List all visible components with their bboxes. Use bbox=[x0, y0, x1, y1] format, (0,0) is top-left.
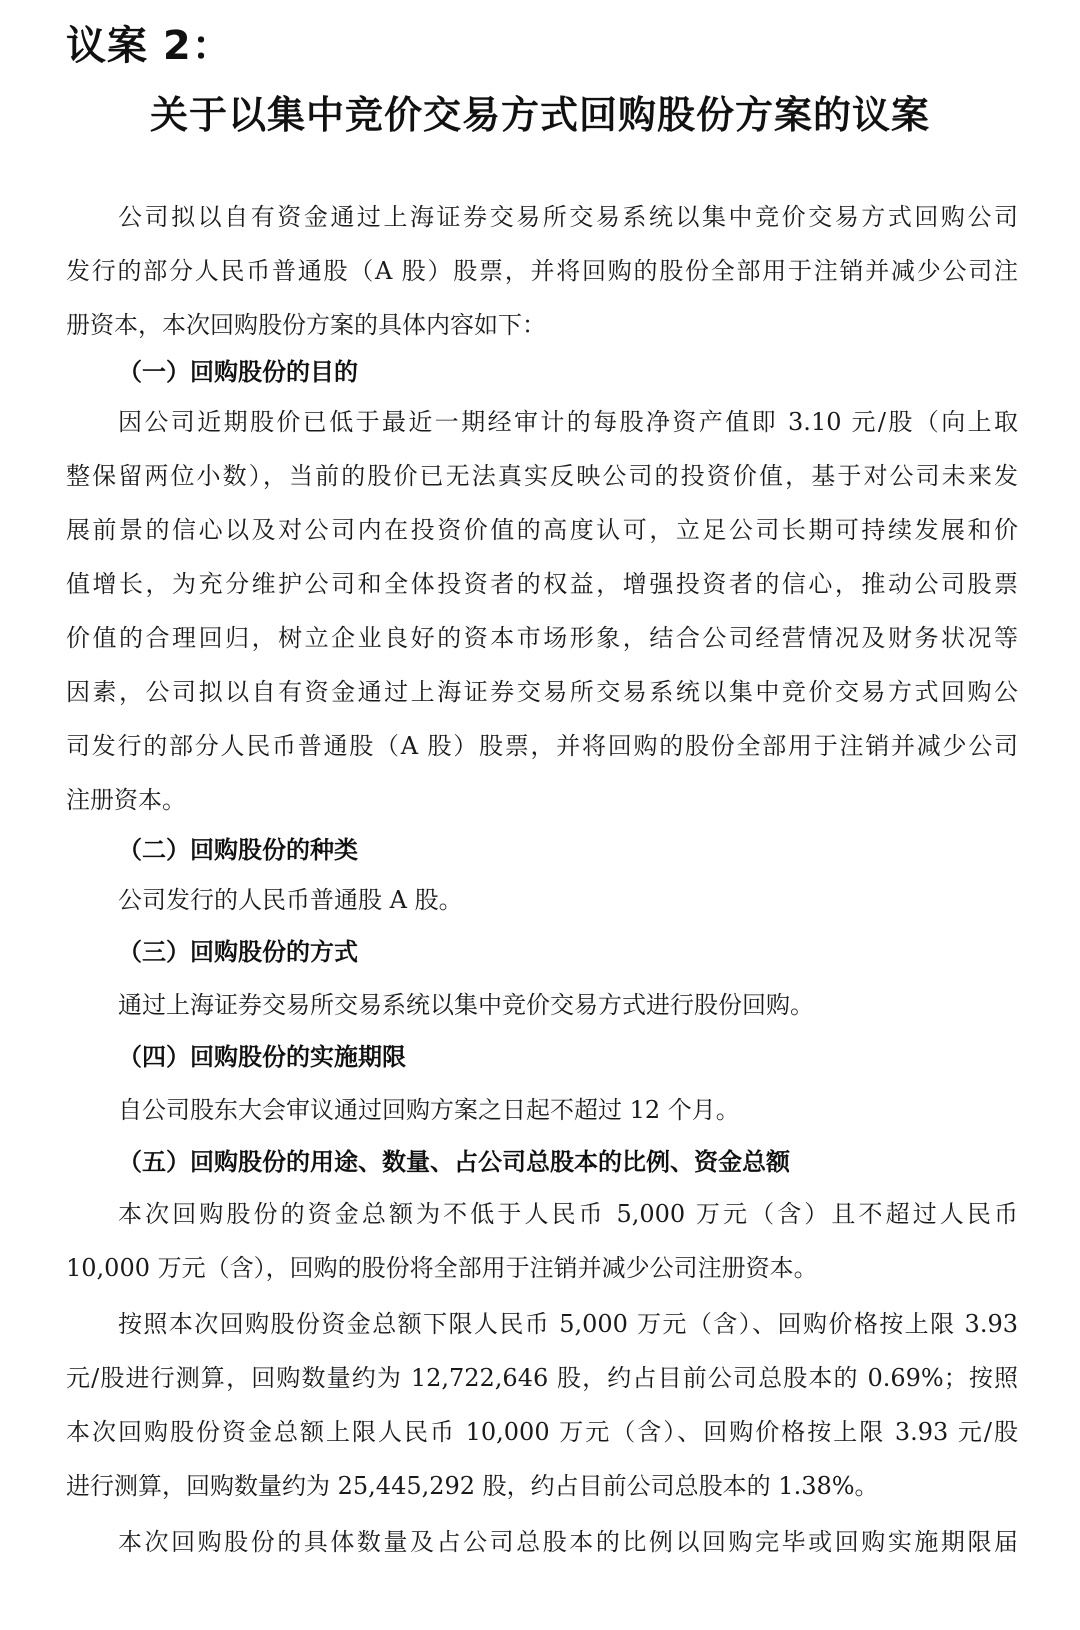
usage-p3-line-1: 本次回购股份的具体数量及占公司总股本的比例以回购完毕或回购实施期限届 bbox=[118, 1522, 1018, 1562]
type-line-1: 公司发行的人民币普通股 A 股。 bbox=[118, 880, 463, 920]
document-page: 议案 2： 关于以集中竞价交易方式回购股份方案的议案 公司拟以自有资金通过上海证… bbox=[0, 0, 1080, 1630]
usage-p1-line-1: 本次回购股份的资金总额为不低于人民币 5,000 万元（含）且不超过人民币 bbox=[118, 1194, 1018, 1234]
period-line-1: 自公司股东大会审议通过回购方案之日起不超过 12 个月。 bbox=[118, 1090, 740, 1130]
method-line-1: 通过上海证券交易所交易系统以集中竞价交易方式进行股份回购。 bbox=[118, 985, 814, 1025]
intro-line-2: 发行的部分人民币普通股（A 股）股票，并将回购的股份全部用于注销并减少公司注 bbox=[66, 251, 1018, 291]
motion-number-label: 议案 2： bbox=[66, 14, 233, 71]
section-heading-usage-quantity: （五）回购股份的用途、数量、占公司总股本的比例、资金总额 bbox=[118, 1142, 790, 1182]
intro-line-1: 公司拟以自有资金通过上海证券交易所交易系统以集中竞价交易方式回购公司 bbox=[118, 197, 1018, 237]
document-title: 关于以集中竞价交易方式回购股份方案的议案 bbox=[0, 84, 1080, 139]
usage-p2-line-2: 元/股进行测算，回购数量约为 12,722,646 股，约占目前公司总股本的 0… bbox=[66, 1358, 1018, 1398]
usage-p2-line-3: 本次回购股份资金总额上限人民币 10,000 万元（含）、回购价格按上限 3.9… bbox=[66, 1412, 1018, 1452]
usage-p1-line-2: 10,000 万元（含），回购的股份将全部用于注销并减少公司注册资本。 bbox=[66, 1248, 818, 1288]
purpose-line-3: 展前景的信心以及对公司内在投资价值的高度认可，立足公司长期可持续发展和价 bbox=[66, 510, 1018, 550]
purpose-line-5: 价值的合理回归，树立企业良好的资本市场形象，结合公司经营情况及财务状况等 bbox=[66, 618, 1018, 658]
purpose-line-1: 因公司近期股价已低于最近一期经审计的每股净资产值即 3.10 元/股（向上取 bbox=[118, 402, 1018, 442]
purpose-line-2: 整保留两位小数），当前的股价已无法真实反映公司的投资价值，基于对公司未来发 bbox=[66, 456, 1018, 496]
purpose-line-8: 注册资本。 bbox=[66, 780, 186, 820]
usage-p2-line-4: 进行测算，回购数量约为 25,445,292 股，约占目前公司总股本的 1.38… bbox=[66, 1466, 879, 1506]
intro-line-3: 册资本，本次回购股份方案的具体内容如下： bbox=[66, 305, 546, 345]
usage-p2-line-1: 按照本次回购股份资金总额下限人民币 5,000 万元（含）、回购价格按上限 3.… bbox=[118, 1304, 1018, 1344]
section-heading-type: （二）回购股份的种类 bbox=[118, 830, 358, 870]
section-heading-method: （三）回购股份的方式 bbox=[118, 932, 358, 972]
section-heading-purpose: （一）回购股份的目的 bbox=[118, 352, 358, 392]
section-heading-period: （四）回购股份的实施期限 bbox=[118, 1037, 406, 1077]
purpose-line-7: 司发行的部分人民币普通股（A 股）股票，并将回购的股份全部用于注销并减少公司 bbox=[66, 726, 1018, 766]
purpose-line-6: 因素，公司拟以自有资金通过上海证券交易所交易系统以集中竞价交易方式回购公 bbox=[66, 672, 1018, 712]
purpose-line-4: 值增长，为充分维护公司和全体投资者的权益，增强投资者的信心，推动公司股票 bbox=[66, 564, 1018, 604]
